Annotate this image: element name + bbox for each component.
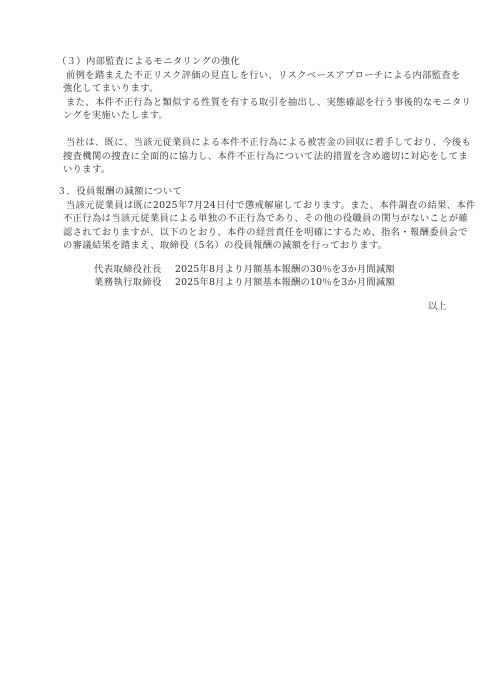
paragraph-line: 当該元従業員は既に2025年7月24日付で懲戒解雇しております。また、本件調査の… (66, 200, 476, 212)
paragraph-line: 認されておりますが、以下のとおり、本件の経営責任を明確にするため、指名・報酬委員… (63, 227, 468, 239)
reduction-role: 業務執行取締役 (94, 277, 162, 289)
paragraph-line: ングを実施いたします。 (63, 110, 168, 122)
document-page: （３）内部監査によるモニタリングの強化 前例を踏まえた不正リスク評価の見直しを行… (0, 0, 490, 692)
section-heading-compensation: ３．役員報酬の減額について (57, 186, 182, 198)
paragraph-line: また、本件不正行為と類似する性質を有する取引を抽出し、実態確認を行う事後的なモニ… (66, 97, 471, 109)
paragraph-line: の審議結果を踏まえ、取締役（5名）の役員報酬の減額を行っております。 (63, 240, 387, 252)
paragraph-line: 不正行為は当該元従業員による単独の不正行為であり、その他の役職員の関与がないこと… (63, 213, 468, 225)
paragraph-line: 捜査機関の捜査に全面的に協力し、本件不正行為について法的措置を含め適切に対応をし… (63, 151, 468, 163)
reduction-role: 代表取締役社長 (94, 264, 162, 276)
paragraph-line: 強化してまいります。 (63, 83, 159, 95)
reduction-detail: 2025年8月より月額基本報酬の30％を3か月間減額 (175, 264, 395, 276)
paragraph-line: いります。 (63, 164, 111, 176)
closing-remark: 以上 (428, 301, 447, 313)
paragraph-line: 前例を踏まえた不正リスク評価の見直しを行い、リスクベースアプローチによる内部監査… (66, 70, 461, 82)
reduction-detail: 2025年8月より月額基本報酬の10％を3か月間減額 (175, 277, 395, 289)
subsection-heading-internal-audit: （３）内部監査によるモニタリングの強化 (57, 56, 240, 68)
paragraph-line: 当社は、既に、当該元従業員による本件不正行為による被害金の回収に着手しており、今… (66, 137, 471, 149)
